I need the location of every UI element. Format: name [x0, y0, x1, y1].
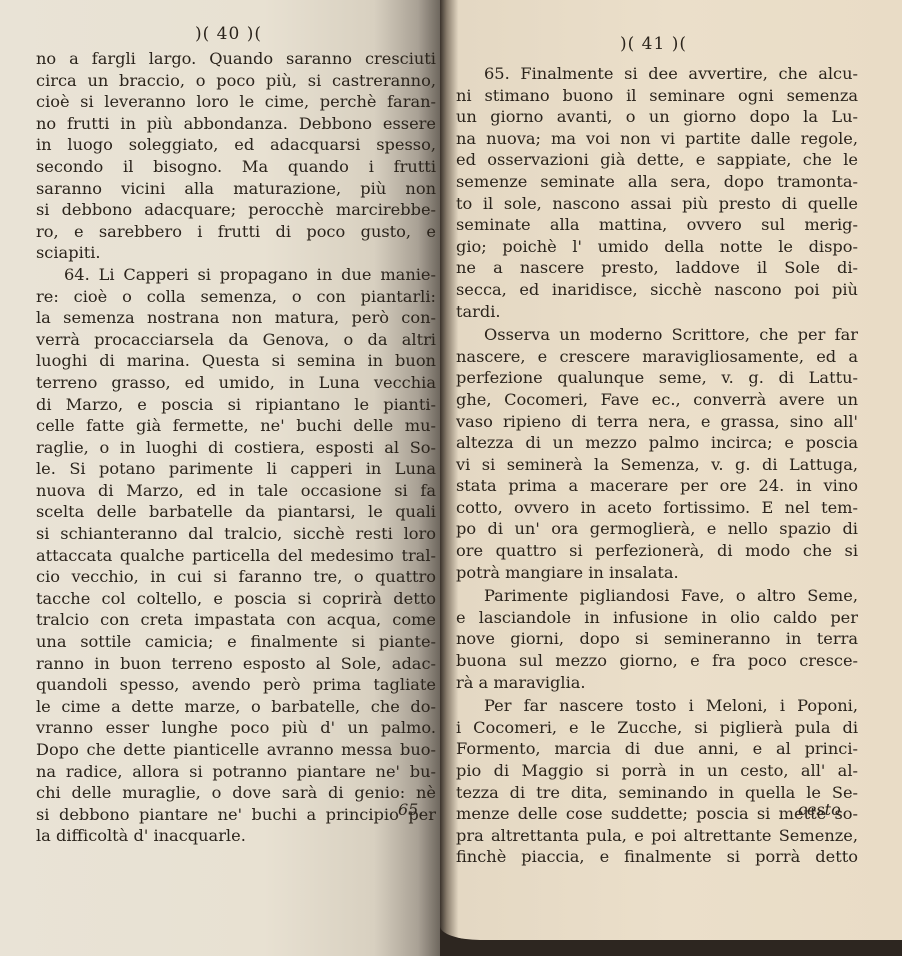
paragraph-65-start: 65. Finalmente si dee avvertire, che alc… [456, 63, 858, 85]
text-line: luoghi di marina. Questa si semina in bu… [36, 350, 436, 372]
text-line: la semenza nostrana non matura, però con… [36, 307, 436, 329]
text-line: verrà procacciarsela da Genova, o da alt… [36, 329, 436, 351]
text-line: saranno vicini alla maturazione, più non [36, 178, 436, 200]
paragraph-start: Parimente pigliandosi Fave, o altro Seme… [456, 585, 858, 607]
text-line: attaccata qualche particella del medesim… [36, 545, 436, 567]
page-header-41: )( 41 )( [620, 34, 687, 54]
text-line: cotto, ovvero in aceto fortissimo. E nel… [456, 497, 858, 519]
text-line: no a fargli largo. Quando saranno cresci… [36, 48, 436, 70]
text-line: si debbono piantare ne' buchi a principi… [36, 804, 436, 826]
text-line: pio di Maggio si porrà in un cesto, all'… [456, 760, 858, 782]
text-line: tralcio con creta impastata con acqua, c… [36, 609, 436, 631]
text-line: pra altrettanta pula, e poi altrettante … [456, 825, 858, 847]
catchword: cesto [798, 800, 841, 819]
text-line: quandoli spesso, avendo però prima tagli… [36, 674, 436, 696]
text-line: secondo il bisogno. Ma quando i frutti [36, 156, 436, 178]
text-line: semenze seminate alla sera, dopo tramont… [456, 171, 858, 193]
text-line: si schianteranno dal tralcio, sicchè res… [36, 523, 436, 545]
text-line: raglie, o in luoghi di costiera, esposti… [36, 437, 436, 459]
right-page-text: 65. Finalmente si dee avvertire, che alc… [456, 63, 858, 868]
text-line: to il sole, nascono assai più presto di … [456, 193, 858, 215]
text-line: tardi. [456, 301, 858, 323]
text-line: terreno grasso, ed umido, in Luna vecchi… [36, 372, 436, 394]
text-line: in luogo soleggiato, ed adacquarsi spess… [36, 134, 436, 156]
text-line: buona sul mezzo giorno, e fra poco cresc… [456, 650, 858, 672]
text-line: ore quattro si perfezionerà, di modo che… [456, 540, 858, 562]
text-line: gio; poichè l' umido della notte le disp… [456, 236, 858, 258]
text-line: vi si seminerà la Semenza, v. g. di Latt… [456, 454, 858, 476]
text-line: nove giorni, dopo si semineranno in terr… [456, 628, 858, 650]
text-line: altezza di un mezzo palmo incirca; e pos… [456, 432, 858, 454]
text-line: si debbono adacquare; perocchè marcirebb… [36, 199, 436, 221]
text-line: cio vecchio, in cui si faranno tre, o qu… [36, 566, 436, 588]
text-line: di Marzo, e poscia si ripiantano le pian… [36, 394, 436, 416]
text-line: scelta delle barbatelle da piantarsi, le… [36, 501, 436, 523]
text-line: stata prima a macerare per ore 24. in vi… [456, 475, 858, 497]
text-line: ni stimano buono il seminare ogni semenz… [456, 85, 858, 107]
text-line: nuova di Marzo, ed in tale occasione si … [36, 480, 436, 502]
text-line: rà a maraviglia. [456, 672, 858, 694]
text-line: seminate alla mattina, ovvero sul merig- [456, 214, 858, 236]
text-line: ghe, Cocomeri, Fave ec., converrà avere … [456, 389, 858, 411]
text-line: potrà mangiare in insalata. [456, 562, 858, 584]
text-line: na nuova; ma voi non vi partite dalle re… [456, 128, 858, 150]
right-page: )( 41 )( 65. Finalmente si dee avvertire… [440, 0, 902, 940]
text-line: secca, ed inaridisce, sicchè nascono poi… [456, 279, 858, 301]
text-line: perfezione qualunque seme, v. g. di Latt… [456, 367, 858, 389]
text-line: ne a nascere presto, laddove il Sole di- [456, 257, 858, 279]
text-line: chi delle muraglie, o dove sarà di genio… [36, 782, 436, 804]
text-line: le cime a dette marze, o barbatelle, che… [36, 696, 436, 718]
book-spread: )( 40 )( no a fargli largo. Quando saran… [0, 0, 902, 956]
text-line: ranno in buon terreno esposto al Sole, a… [36, 653, 436, 675]
text-line: vranno esser lunghe poco più d' un palmo… [36, 717, 436, 739]
paragraph-start: Osserva un moderno Scrittore, che per fa… [456, 324, 858, 346]
text-line: celle fatte già fermette, ne' buchi dell… [36, 415, 436, 437]
text-line: un giorno avanti, o un giorno dopo la Lu… [456, 106, 858, 128]
text-line: po di un' ora germoglierà, e nello spazi… [456, 518, 858, 540]
text-line: circa un braccio, o poco più, si castrer… [36, 70, 436, 92]
text-line: nascere, e crescere maravigliosamente, e… [456, 346, 858, 368]
paragraph-64-start: 64. Li Capperi si propagano in due manie… [36, 264, 436, 286]
text-line: no frutti in più abbondanza. Debbono ess… [36, 113, 436, 135]
text-line: i Cocomeri, e le Zucche, si piglierà pul… [456, 717, 858, 739]
text-line: la difficoltà d' inacquarle. [36, 825, 436, 847]
text-line: una sottile camicia; e finalmente si pia… [36, 631, 436, 653]
left-page-text: no a fargli largo. Quando saranno cresci… [36, 48, 436, 847]
text-line: re: cioè o colla semenza, o con piantarl… [36, 286, 436, 308]
text-line: sciapiti. [36, 242, 436, 264]
text-line: na radice, allora si potranno piantare n… [36, 761, 436, 783]
text-line: finchè piaccia, e finalmente si porrà de… [456, 846, 858, 868]
text-line: ro, e sarebbero i frutti di poco gusto, … [36, 221, 436, 243]
text-line: Formento, marcia di due anni, e al princ… [456, 738, 858, 760]
text-line: Dopo che dette pianticelle avranno messa… [36, 739, 436, 761]
text-line: ed osservazioni già dette, e sappiate, c… [456, 149, 858, 171]
page-header-40: )( 40 )( [195, 24, 262, 44]
text-line: e lasciandole in infusione in olio caldo… [456, 607, 858, 629]
text-line: vaso ripieno di terra nera, e grassa, si… [456, 411, 858, 433]
text-line: cioè si leveranno loro le cime, perchè f… [36, 91, 436, 113]
left-page: )( 40 )( no a fargli largo. Quando saran… [0, 0, 440, 956]
text-line: tacche col coltello, e poscia si coprirà… [36, 588, 436, 610]
paragraph-start: Per far nascere tosto i Meloni, i Poponi… [456, 695, 858, 717]
text-line: le. Si potano parimente li capperi in Lu… [36, 458, 436, 480]
catchword: 65. [398, 800, 423, 819]
